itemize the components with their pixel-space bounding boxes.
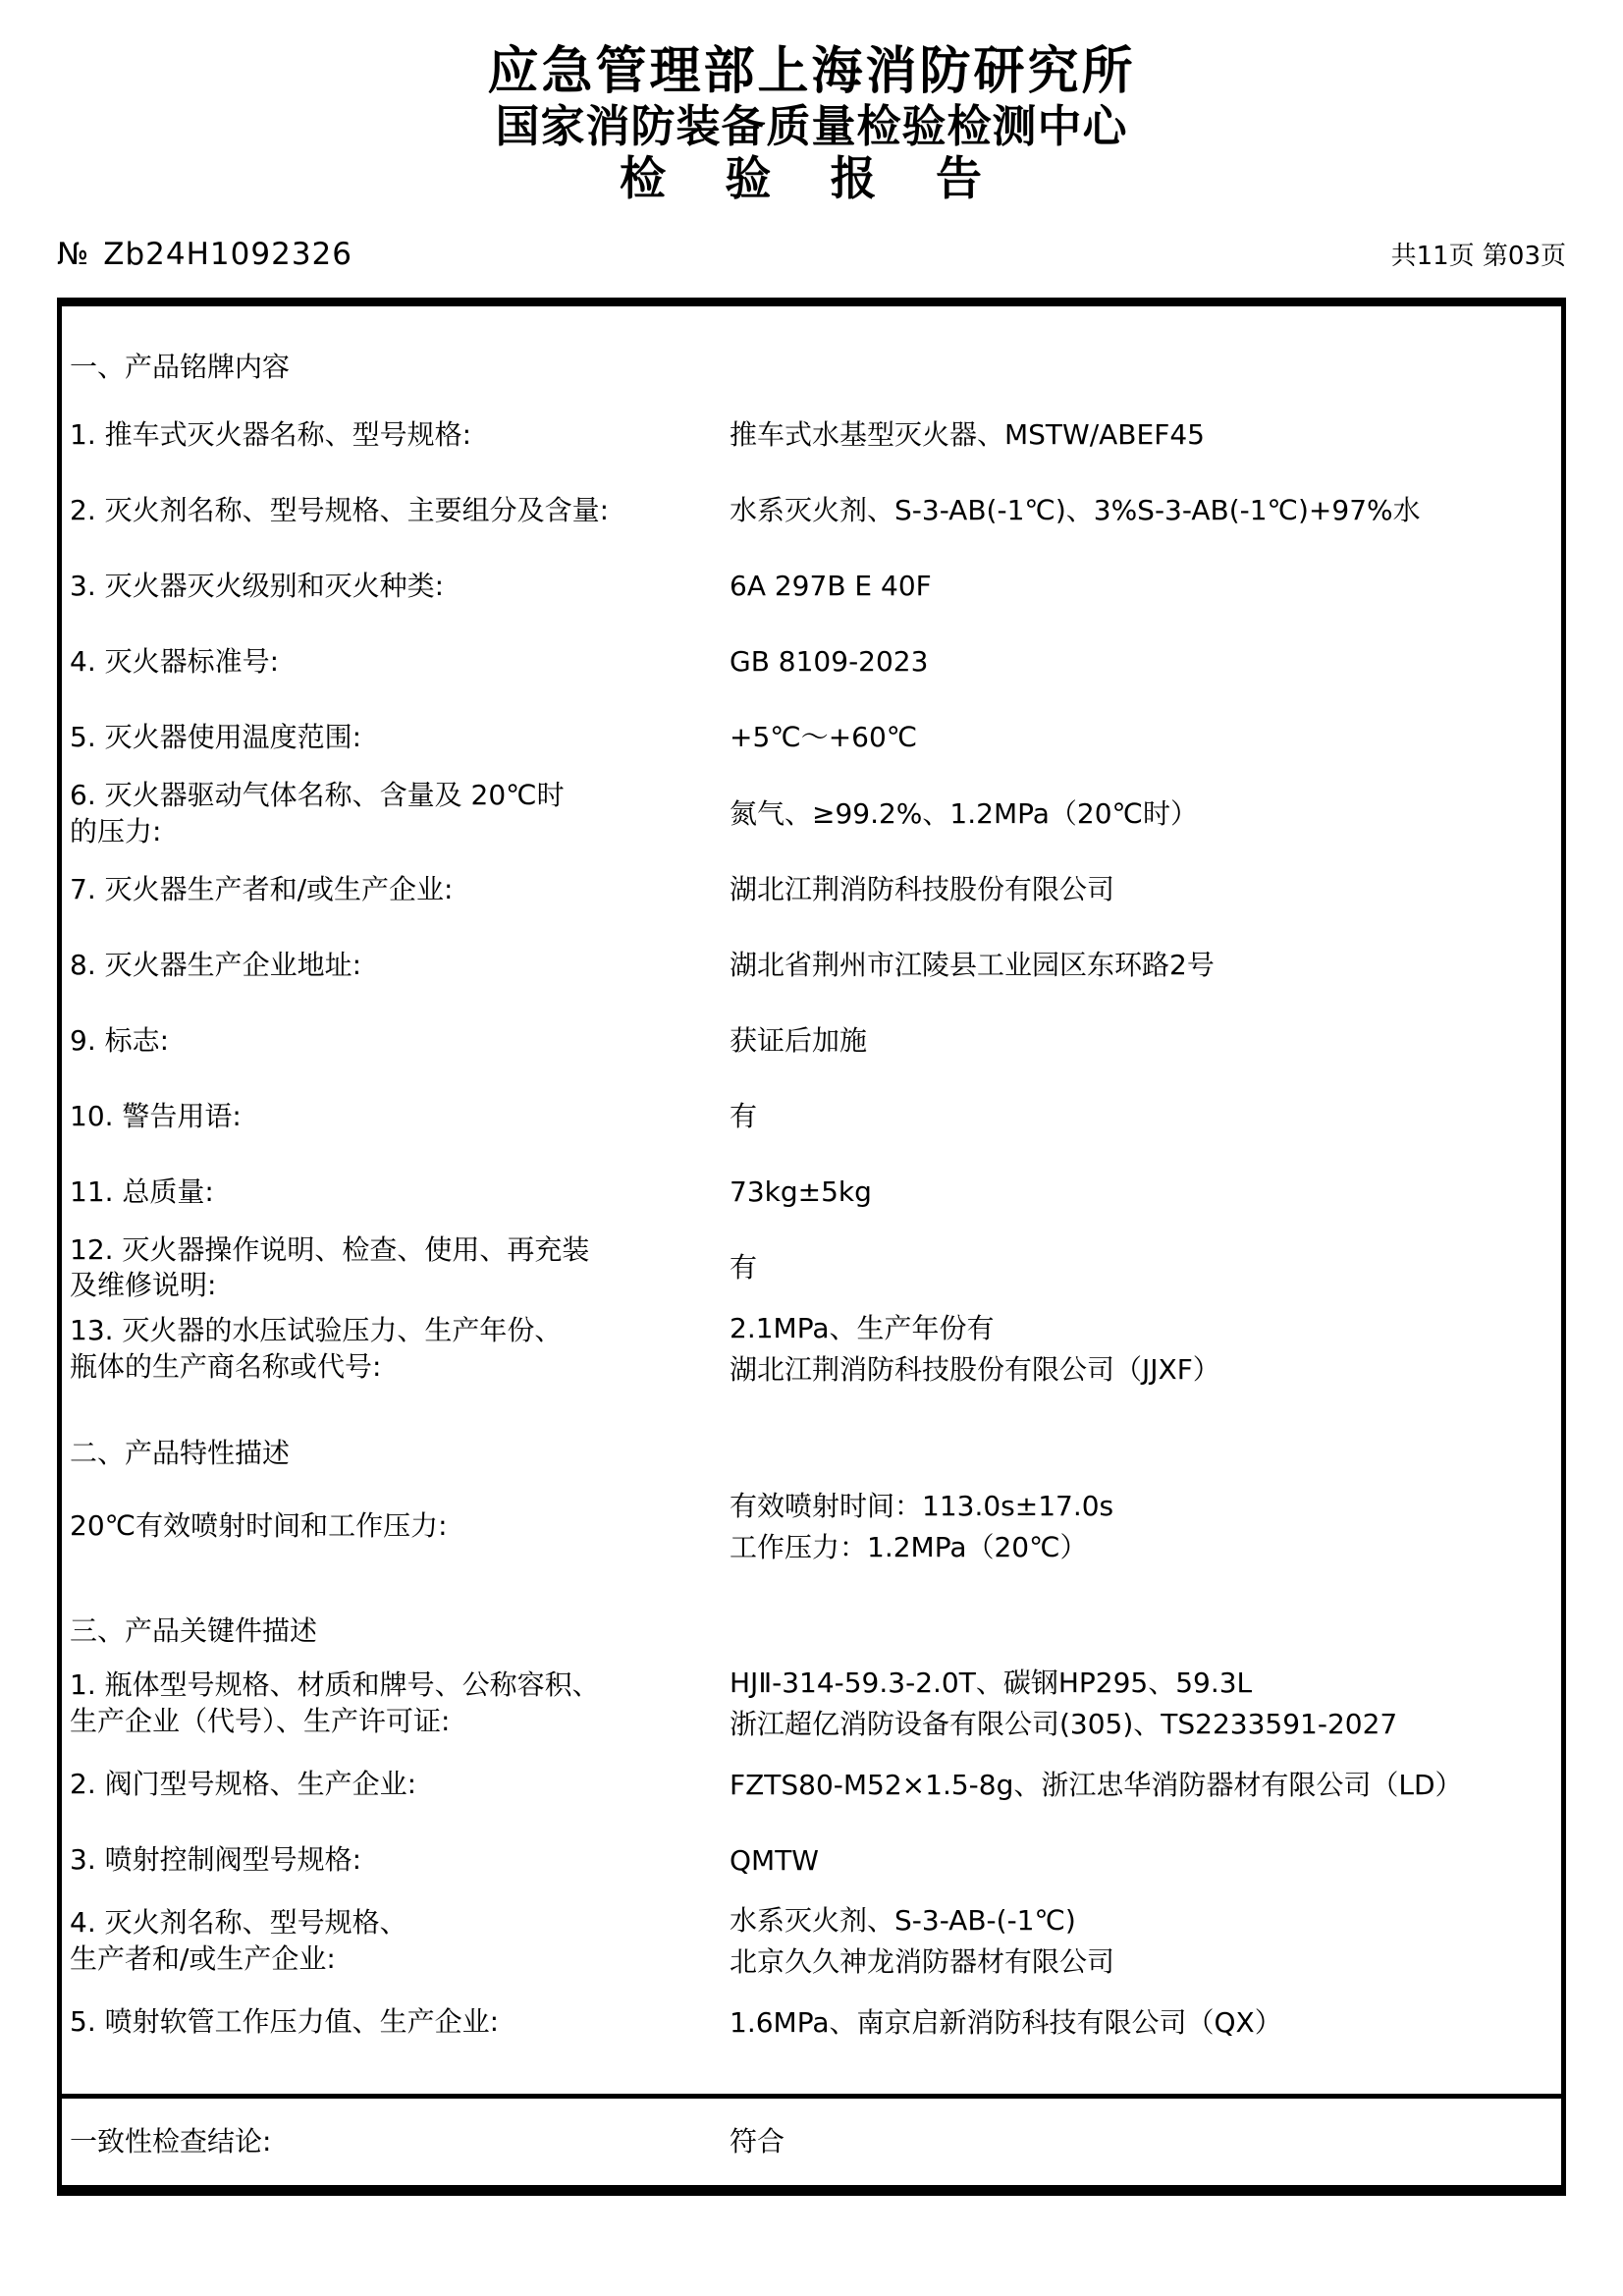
spec-label: 2. 阀门型号规格、生产企业: [70, 1767, 730, 1803]
conclusion-label: 一致性检查结论: [70, 2124, 730, 2160]
page-info: 共11页 第03页 [1391, 236, 1566, 272]
spec-value: HJⅡ-314-59.3-2.0T、碳钢HP295、59.3L 浙江超亿消防设备… [730, 1663, 1549, 1745]
spec-row: 7. 灭火器生产者和/或生产企业:湖北江荆消防科技股份有限公司 [70, 852, 1549, 928]
spec-row: 5. 喷射软管工作压力值、生产企业:1.6MPa、南京启新消防科技有限公司（QX… [70, 1985, 1549, 2060]
spec-row: 2. 阀门型号规格、生产企业:FZTS80-M52×1.5-8g、浙江忠华消防器… [70, 1747, 1549, 1823]
spec-row: 1. 瓶体型号规格、材质和牌号、公称容积、 生产企业（代号）、生产许可证:HJⅡ… [70, 1661, 1549, 1747]
spec-label: 1. 瓶体型号规格、材质和牌号、公称容积、 生产企业（代号）、生产许可证: [70, 1667, 730, 1740]
center-title: 国家消防装备质量检验检测中心 [0, 102, 1623, 151]
spec-value: 获证后加施 [730, 1020, 1549, 1062]
spec-label: 13. 灭火器的水压试验压力、生产年份、 瓶体的生产商名称或代号: [70, 1313, 730, 1386]
spec-value: 有 [730, 1247, 1549, 1288]
spec-value: 有效喷射时间：113.0s±17.0s 工作压力：1.2MPa（20℃） [730, 1486, 1549, 1568]
spec-row: 3. 灭火器灭火级别和灭火种类:6A 297B E 40F [70, 549, 1549, 625]
spec-row: 3. 喷射控制阀型号规格:QMTW [70, 1823, 1549, 1898]
spec-row: 6. 灭火器驱动气体名称、含量及 20℃时 的压力:氮气、≥99.2%、1.2M… [70, 776, 1549, 852]
spec-row: 10. 警告用语:有 [70, 1079, 1549, 1155]
report-number: № Zb24H1092326 [57, 237, 352, 272]
spec-label: 12. 灭火器操作说明、检查、使用、再充装 及维修说明: [70, 1232, 730, 1305]
spec-label: 3. 喷射控制阀型号规格: [70, 1842, 730, 1879]
conclusion-value: 符合 [730, 2121, 1549, 2162]
spec-value: 氮气、≥99.2%、1.2MPa（20℃时） [730, 793, 1549, 835]
spec-value: 湖北省荆州市江陵县工业园区东环路2号 [730, 945, 1549, 986]
spec-row: 20℃有效喷射时间和工作压力:有效喷射时间：113.0s±17.0s 工作压力：… [70, 1484, 1549, 1570]
section-heading: 三、产品关键件描述 [70, 1613, 1549, 1649]
report-title: 检 验 报 告 [0, 153, 1623, 206]
spec-row: 4. 灭火剂名称、型号规格、 生产者和/或生产企业:水系灭火剂、S-3-AB-(… [70, 1898, 1549, 1985]
report-number-value: Zb24H1092326 [103, 237, 352, 272]
spec-value: +5℃～+60℃ [730, 717, 1549, 758]
section-heading: 二、产品特性描述 [70, 1436, 1549, 1471]
spec-value: FZTS80-M52×1.5-8g、浙江忠华消防器材有限公司（LD） [730, 1765, 1549, 1806]
spec-row: 4. 灭火器标准号:GB 8109-2023 [70, 625, 1549, 700]
spec-value: QMTW [730, 1840, 1549, 1882]
spec-value: 有 [730, 1096, 1549, 1137]
report-body: 一、产品铭牌内容1. 推车式灭火器名称、型号规格:推车式水基型灭火器、MSTW/… [57, 298, 1566, 2099]
spec-row: 9. 标志:获证后加施 [70, 1004, 1549, 1079]
spec-row: 8. 灭火器生产企业地址:湖北省荆州市江陵县工业园区东环路2号 [70, 928, 1549, 1004]
spec-label: 8. 灭火器生产企业地址: [70, 948, 730, 984]
spec-row: 1. 推车式灭火器名称、型号规格:推车式水基型灭火器、MSTW/ABEF45 [70, 398, 1549, 473]
conclusion-row: 一致性检查结论: 符合 [70, 2099, 1549, 2185]
spec-label: 10. 警告用语: [70, 1099, 730, 1135]
spec-label: 9. 标志: [70, 1023, 730, 1060]
spec-value: GB 8109-2023 [730, 641, 1549, 683]
report-meta: № Zb24H1092326 共11页 第03页 [57, 236, 1566, 272]
spec-label: 20℃有效喷射时间和工作压力: [70, 1508, 730, 1545]
spec-row: 12. 灭火器操作说明、检查、使用、再充装 及维修说明:有 [70, 1230, 1549, 1307]
spec-label: 6. 灭火器驱动气体名称、含量及 20℃时 的压力: [70, 778, 730, 850]
spec-label: 4. 灭火器标准号: [70, 644, 730, 681]
spec-label: 7. 灭火器生产者和/或生产企业: [70, 872, 730, 908]
report-page: 应急管理部上海消防研究所 国家消防装备质量检验检测中心 检 验 报 告 № Zb… [0, 0, 1623, 2296]
spec-value: 1.6MPa、南京启新消防科技有限公司（QX） [730, 2002, 1549, 2044]
spec-value: 水系灭火剂、S-3-AB-(-1℃) 北京久久神龙消防器材有限公司 [730, 1900, 1549, 1983]
spec-value: 水系灭火剂、S-3-AB(-1℃)、3%S-3-AB(-1℃)+97%水 [730, 490, 1549, 531]
spec-value: 湖北江荆消防科技股份有限公司 [730, 869, 1549, 910]
spec-label: 11. 总质量: [70, 1175, 730, 1211]
spec-value: 推车式水基型灭火器、MSTW/ABEF45 [730, 414, 1549, 456]
spec-label: 3. 灭火器灭火级别和灭火种类: [70, 569, 730, 605]
report-number-prefix: № [57, 237, 89, 272]
conclusion-box: 一致性检查结论: 符合 [57, 2099, 1566, 2196]
section-heading: 一、产品铭牌内容 [70, 350, 1549, 385]
spec-label: 1. 推车式灭火器名称、型号规格: [70, 417, 730, 454]
spec-row: 5. 灭火器使用温度范围:+5℃～+60℃ [70, 700, 1549, 776]
spec-label: 5. 灭火器使用温度范围: [70, 720, 730, 756]
spec-value: 6A 297B E 40F [730, 566, 1549, 607]
spec-label: 2. 灭火剂名称、型号规格、主要组分及含量: [70, 493, 730, 529]
report-header: 应急管理部上海消防研究所 国家消防装备质量检验检测中心 检 验 报 告 [0, 0, 1623, 206]
spec-row: 2. 灭火剂名称、型号规格、主要组分及含量:水系灭火剂、S-3-AB(-1℃)、… [70, 473, 1549, 549]
spec-label: 4. 灭火剂名称、型号规格、 生产者和/或生产企业: [70, 1905, 730, 1978]
spec-row: 13. 灭火器的水压试验压力、生产年份、 瓶体的生产商名称或代号:2.1MPa、… [70, 1306, 1549, 1393]
spec-value: 73kg±5kg [730, 1172, 1549, 1213]
spec-label: 5. 喷射软管工作压力值、生产企业: [70, 2004, 730, 2041]
institute-title: 应急管理部上海消防研究所 [0, 43, 1623, 102]
spec-row: 11. 总质量:73kg±5kg [70, 1155, 1549, 1230]
spec-value: 2.1MPa、生产年份有 湖北江荆消防科技股份有限公司（JJXF） [730, 1308, 1549, 1391]
